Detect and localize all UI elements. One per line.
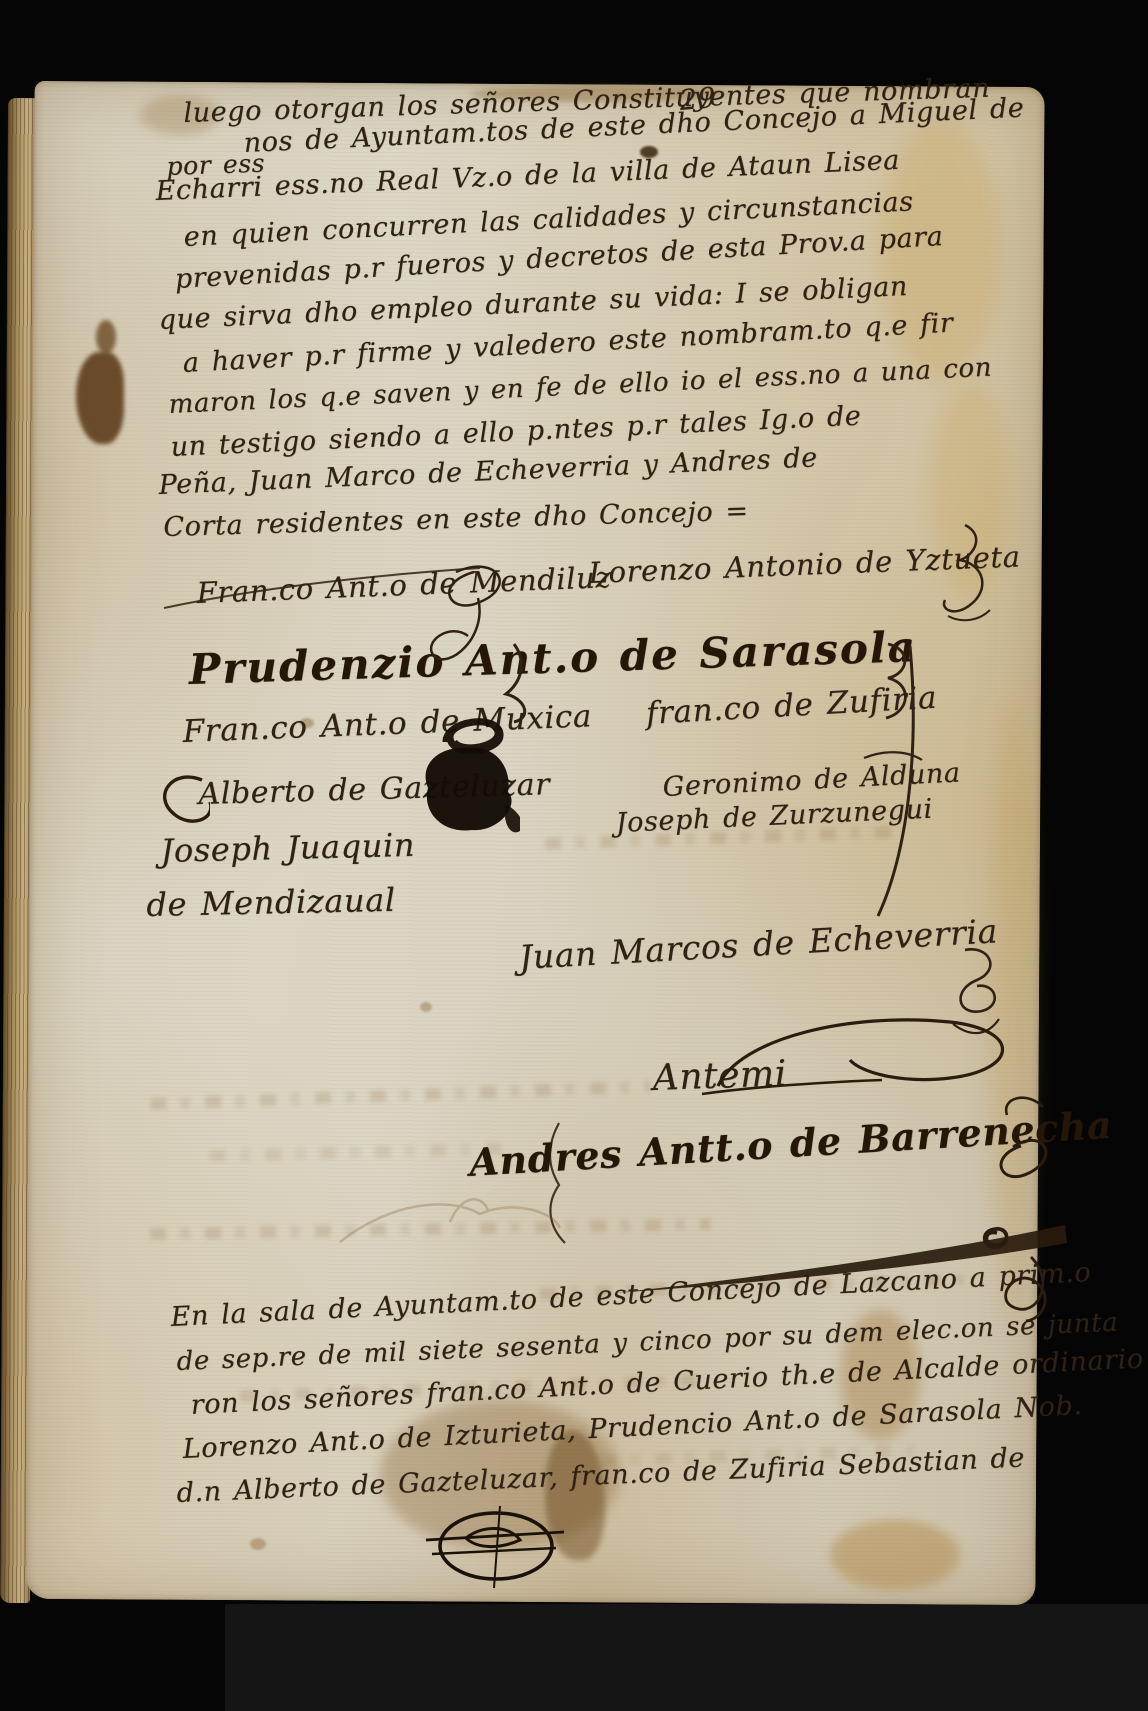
ante-mi-note: Antemi	[652, 1053, 788, 1099]
manuscript-photo: 29 luego otorgan los señores Constituyen…	[0, 0, 1148, 1711]
signature-mendizaual: de Mendizaual	[146, 881, 396, 924]
table-surface	[225, 1604, 1148, 1711]
signature-juaquin: Joseph Juaquin	[160, 826, 415, 870]
